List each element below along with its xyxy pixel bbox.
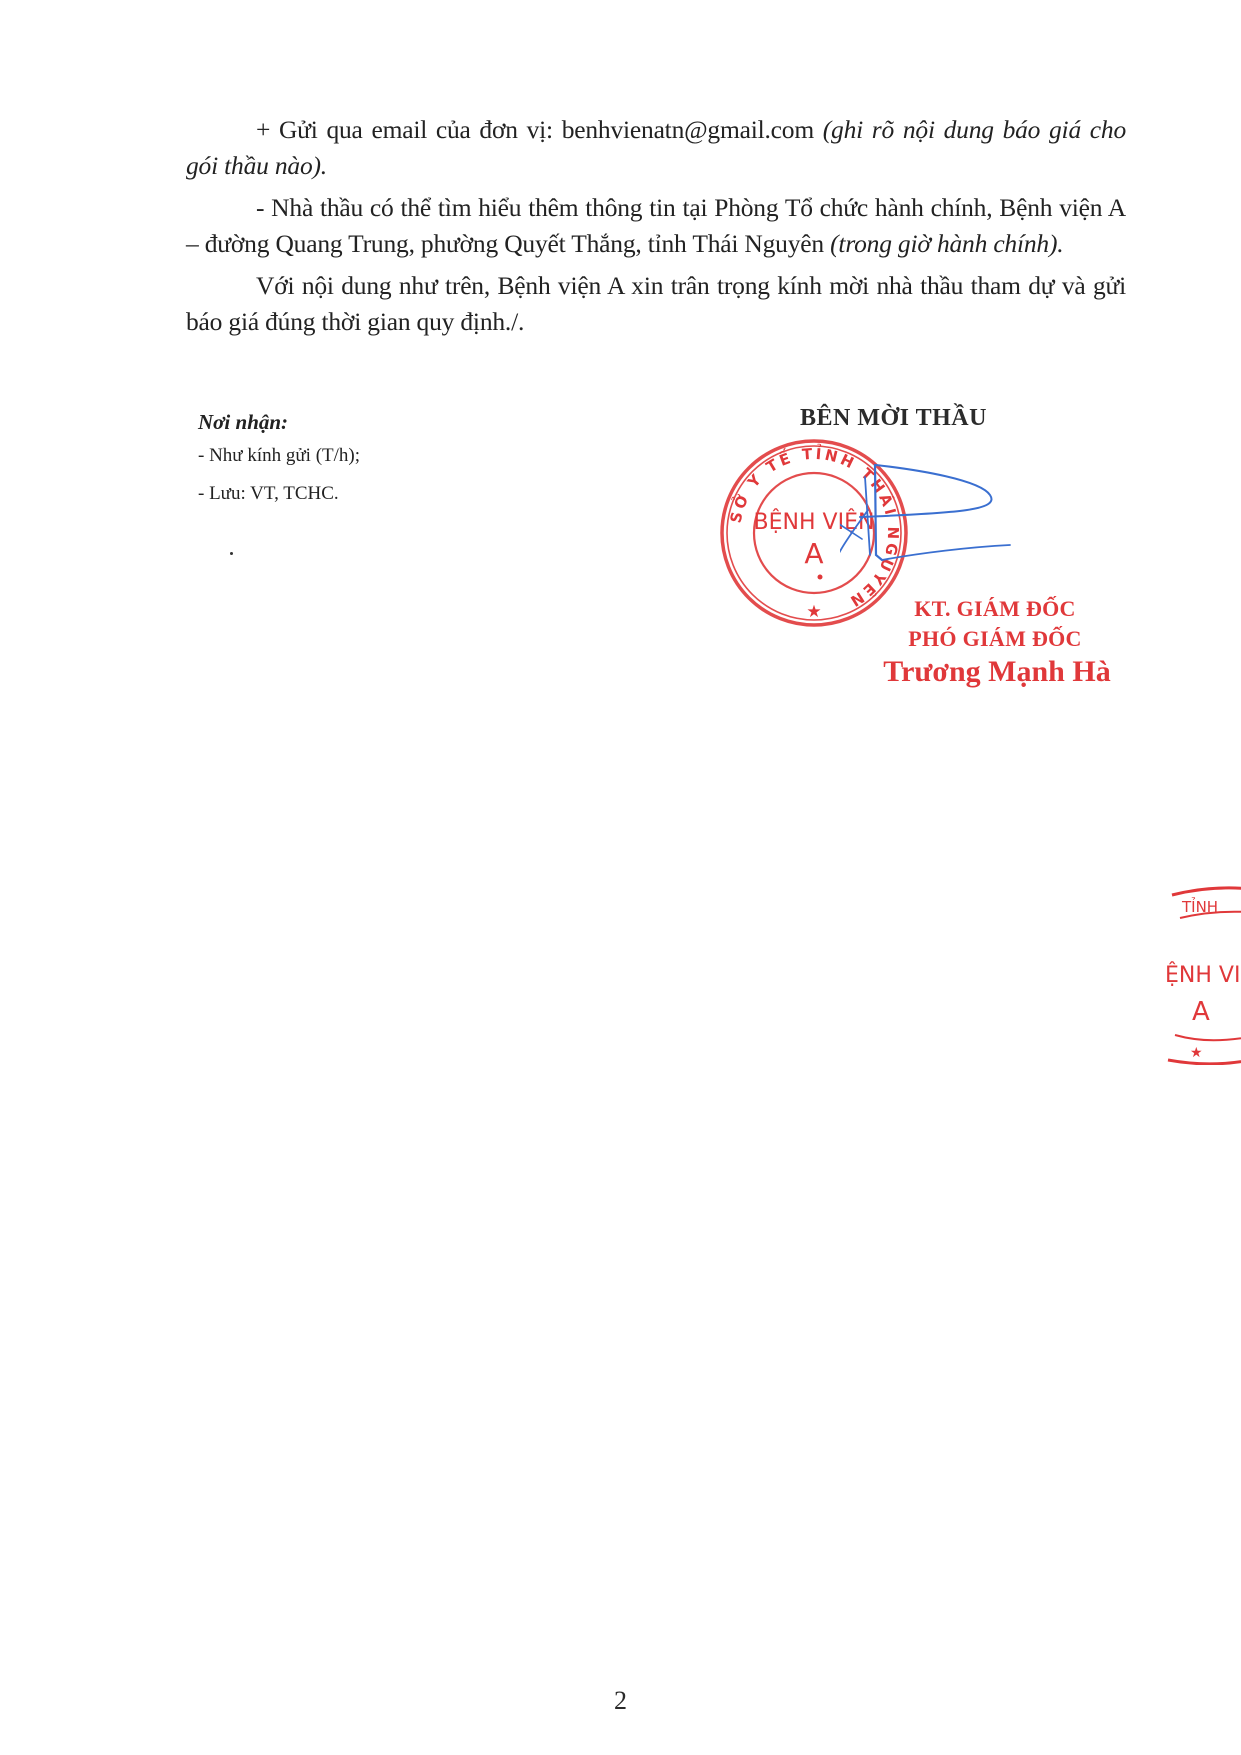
seal-center-line-2: A: [804, 537, 823, 570]
partial-seal-star: ★: [1190, 1045, 1203, 1061]
recipient-item: - Lưu: VT, TCHC.: [198, 483, 360, 505]
recipient-item: - Như kính gửi (T/h);: [198, 445, 360, 467]
closing-text: Với nội dung như trên, Bệnh viện A xin t…: [186, 271, 1126, 336]
signature-block-title: BÊN MỜI THẦU: [800, 405, 987, 432]
signer-role-line-2: PHÓ GIÁM ĐỐC: [870, 624, 1120, 654]
email-instruction: + Gửi qua email của đơn vị: benhvienatn@…: [256, 115, 823, 144]
signer-name: Trương Mạnh Hà: [862, 655, 1132, 689]
seal-star: ★: [806, 602, 821, 622]
body-text: + Gửi qua email của đơn vị: benhvienatn@…: [186, 112, 1126, 340]
paragraph-email: + Gửi qua email của đơn vị: benhvienatn@…: [186, 112, 1126, 184]
page-number: 2: [0, 1686, 1241, 1716]
document-page: + Gửi qua email của đơn vị: benhvienatn@…: [0, 0, 1241, 1755]
paragraph-info: - Nhà thầu có thể tìm hiểu thêm thông ti…: [186, 190, 1126, 262]
signer-role-line-1: KT. GIÁM ĐỐC: [870, 594, 1120, 624]
handwritten-signature: [840, 455, 1030, 585]
partial-seal-center-1: ỆNH VI: [1165, 962, 1240, 988]
partial-seal-top: TỈNH: [1181, 896, 1218, 916]
paragraph-closing: Với nội dung như trên, Bệnh viện A xin t…: [186, 268, 1126, 340]
stray-dot: [230, 552, 233, 555]
partial-seal-icon: TỈNH ỆNH VI A ★: [1160, 870, 1241, 1065]
recipients-block: Nơi nhận: - Như kính gửi (T/h); - Lưu: V…: [198, 410, 360, 521]
info-note: (trong giờ hành chính).: [830, 229, 1063, 258]
recipients-title: Nơi nhận:: [198, 410, 360, 435]
partial-seal-center-2: A: [1192, 997, 1210, 1027]
